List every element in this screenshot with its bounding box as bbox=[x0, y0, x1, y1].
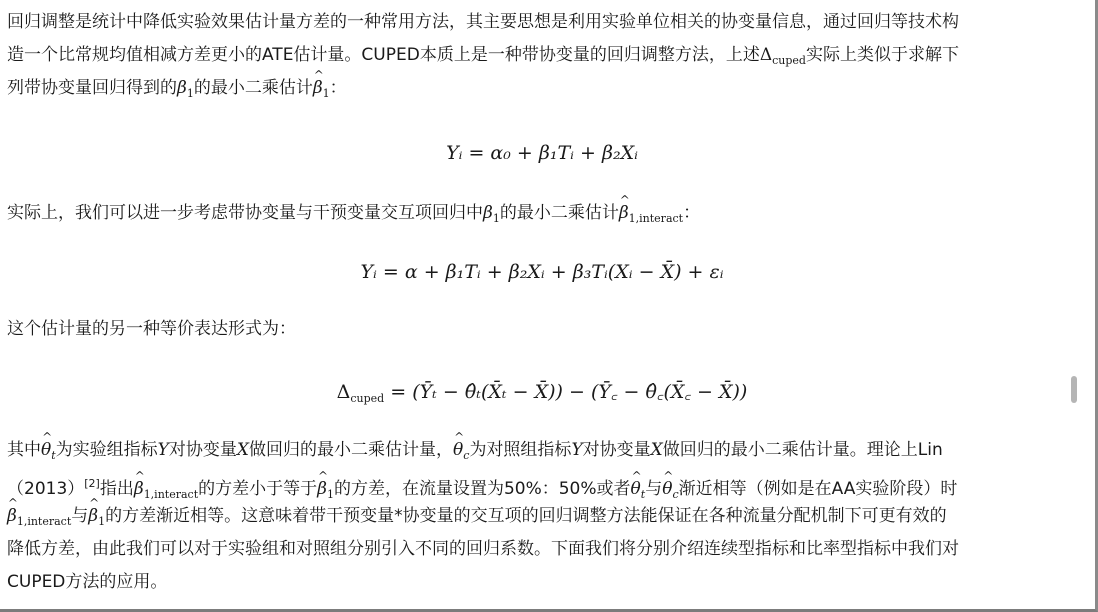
math-theta-hat: θ bbox=[41, 434, 51, 467]
text-segment: 的方差渐近相等。这意味着带干预变量*协变量的交互项的回归调整方法能保证在各种流量… bbox=[105, 506, 947, 526]
text-segment: 为实验组指标 bbox=[56, 440, 158, 460]
text-line: CUPED方法的应用。 bbox=[7, 566, 1077, 599]
text-segment: ： bbox=[330, 78, 347, 98]
text-line: 降低方差，由此我们可以对于实验组和对照组分别引入不同的回归系数。下面我们将分别介… bbox=[7, 533, 1077, 566]
text-segment: 实际上类似于求解下 bbox=[806, 45, 959, 65]
text-segment: 与 bbox=[71, 506, 88, 526]
math-beta: β bbox=[483, 203, 493, 223]
text-segment: 做回归的最小二乘估计量。理论上Lin bbox=[663, 440, 943, 460]
text-segment: ： bbox=[683, 203, 700, 223]
text-line: （2013）[2]指出β1,interact的方差小于等于β1的方差，在流量设置… bbox=[7, 467, 1077, 500]
math-Y: Y bbox=[571, 440, 582, 460]
text-segment: 的方差，在流量设置为50%：50%或者 bbox=[334, 479, 631, 499]
text-segment: 对协变量 bbox=[583, 440, 651, 460]
math-delta: Δ bbox=[760, 45, 772, 65]
paragraph-interaction: 实际上，我们可以进一步考虑带协变量与干预变量交互项回归中β1的最小二乘估计β1,… bbox=[7, 197, 1077, 230]
math-beta-hat: β bbox=[619, 197, 629, 230]
math-delta: Δ bbox=[337, 381, 351, 403]
equation-delta-cuped: Δcuped = (Ȳₜ − θ̂ₜ(X̄ₜ − X̄)) − (Ȳ꜀ − θ̂… bbox=[7, 376, 1077, 415]
text-segment: 其中 bbox=[7, 440, 41, 460]
text-segment: （2013） bbox=[7, 479, 84, 499]
paragraph-explanation: 其中θt为实验组指标Y对协变量X做回归的最小二乘估计量，θc为对照组指标Y对协变… bbox=[7, 434, 1077, 599]
text-segment: 渐近相等（例如是在AA实验阶段）时 bbox=[679, 479, 958, 499]
text-line: 列带协变量回归得到的β1的最小二乘估计β1： bbox=[7, 72, 1077, 105]
vertical-scrollbar-thumb[interactable] bbox=[1071, 376, 1077, 403]
math-subscript: cuped bbox=[772, 54, 806, 67]
text-segment: 列带协变量回归得到的 bbox=[7, 78, 177, 98]
document-viewport: 回归调整是统计中降低实验效果估计量方差的一种常用方法，其主要思想是利用实验单位相… bbox=[0, 0, 1098, 612]
text-segment: 实际上，我们可以进一步考虑带协变量与干预变量交互项回归中 bbox=[7, 203, 483, 223]
text-line: β1,interact与β1的方差渐近相等。这意味着带干预变量*协变量的交互项的… bbox=[7, 500, 1077, 533]
paragraph-equivalent-form: 这个估计量的另一种等价表达形式为： bbox=[7, 313, 1077, 346]
text-segment: 与 bbox=[645, 479, 662, 499]
text-line: 这个估计量的另一种等价表达形式为： bbox=[7, 313, 1077, 346]
text-line: 实际上，我们可以进一步考虑带协变量与干预变量交互项回归中β1的最小二乘估计β1,… bbox=[7, 197, 1077, 230]
text-segment: 指出 bbox=[100, 479, 134, 499]
math-subscript: 1,interact bbox=[629, 212, 683, 225]
text-line: 回归调整是统计中降低实验效果估计量方差的一种常用方法，其主要思想是利用实验单位相… bbox=[7, 6, 1077, 39]
equation-interaction-regression: Yᵢ = α + β₁Tᵢ + β₂Xᵢ + β₃Tᵢ(Xᵢ − X̄) + ε… bbox=[7, 256, 1077, 289]
text-segment: 为对照组指标 bbox=[469, 440, 571, 460]
text-segment: 的最小二乘估计 bbox=[500, 203, 619, 223]
math-subscript: 1,interact bbox=[17, 515, 71, 528]
math-expression: = (Ȳₜ − θ̂ₜ(X̄ₜ − X̄)) − (Ȳ꜀ − θ̂꜀(X̄꜀ −… bbox=[384, 381, 747, 403]
math-theta-hat: θ bbox=[453, 434, 463, 467]
math-theta-hat: θ bbox=[631, 473, 641, 506]
math-beta-hat: β bbox=[313, 72, 323, 105]
math-X: X bbox=[237, 440, 249, 460]
text-segment: 对协变量 bbox=[169, 440, 237, 460]
math-beta-hat: β bbox=[134, 473, 144, 506]
math-beta-hat: β bbox=[88, 500, 98, 533]
math-theta-hat: θ bbox=[662, 473, 672, 506]
math-subscript: 1 bbox=[187, 87, 194, 100]
text-line: 其中θt为实验组指标Y对协变量X做回归的最小二乘估计量，θc为对照组指标Y对协变… bbox=[7, 434, 1077, 467]
equation-regression: Yᵢ = α₀ + β₁Tᵢ + β₂Xᵢ bbox=[7, 137, 1077, 170]
math-subscript: cuped bbox=[350, 392, 384, 405]
math-Y: Y bbox=[158, 440, 169, 460]
math-beta-hat: β bbox=[317, 473, 327, 506]
text-segment: 造一个比常规均值相减方差更小的ATE估计量。CUPED本质上是一种带协变量的回归… bbox=[7, 45, 760, 65]
math-X: X bbox=[651, 440, 663, 460]
text-segment: 做回归的最小二乘估计量， bbox=[249, 440, 453, 460]
text-line: 造一个比常规均值相减方差更小的ATE估计量。CUPED本质上是一种带协变量的回归… bbox=[7, 39, 1077, 72]
math-beta-hat: β bbox=[7, 500, 17, 533]
text-segment: 的方差小于等于 bbox=[198, 479, 317, 499]
text-segment: 的最小二乘估计 bbox=[194, 78, 313, 98]
paragraph-intro: 回归调整是统计中降低实验效果估计量方差的一种常用方法，其主要思想是利用实验单位相… bbox=[7, 6, 1077, 105]
math-subscript: 1 bbox=[493, 212, 500, 225]
math-beta: β bbox=[177, 78, 187, 98]
